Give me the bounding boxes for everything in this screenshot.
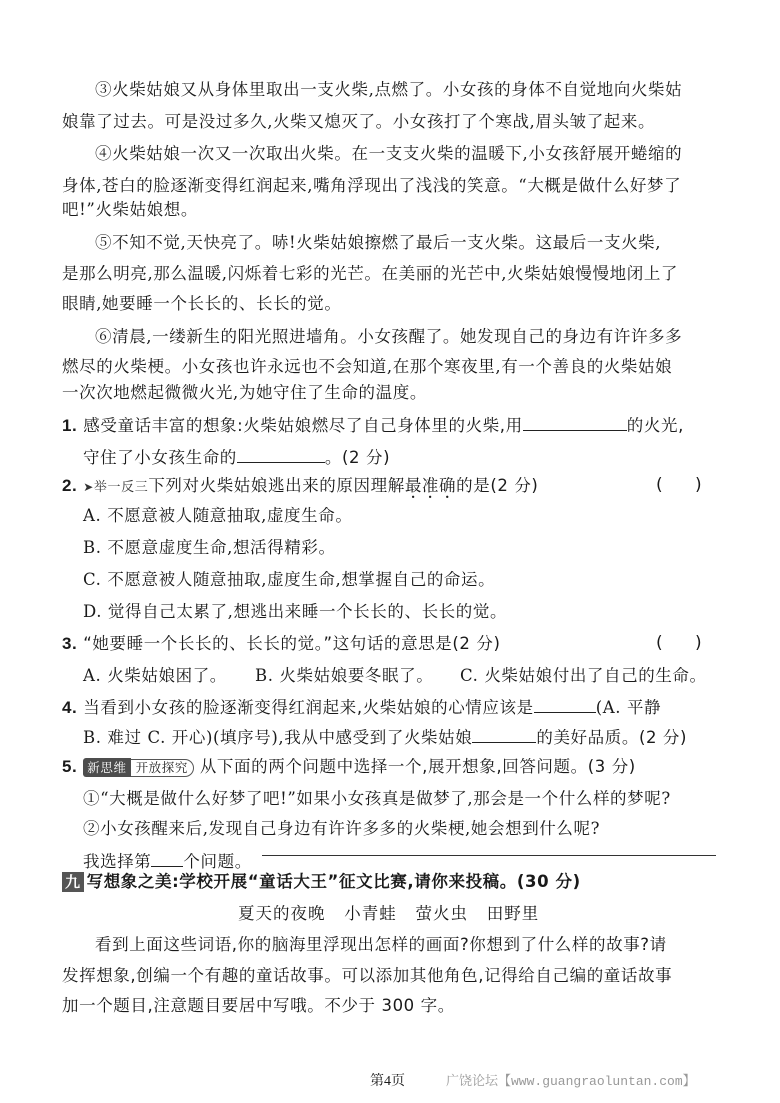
passage-p6-line1: ⑥清晨,一缕新生的阳光照进墙角。小女孩醒了。她发现自己的身边有许许多多	[95, 327, 682, 347]
question-1-text-tail: 的火光,	[627, 416, 684, 435]
question-3-option-a: A. 火柴姑娘困了。	[83, 666, 227, 686]
question-number: 3.	[62, 634, 77, 653]
passage-p5-line3: 眼睛,她要睡一个长长的、长长的觉。	[62, 294, 341, 314]
question-4-line1: 4. 当看到小女孩的脸逐渐变得红润起来,火柴姑娘的心情应该是(A. 平静	[62, 696, 661, 718]
passage-p3-line2: 娘靠了过去。可是没过多久,火柴又熄灭了。小女孩打了个寒战,眉头皱了起来。	[62, 112, 655, 132]
answer-suffix: 个问题。	[183, 852, 251, 871]
answer-blank-1b[interactable]	[237, 446, 325, 463]
question-number: 1.	[62, 416, 77, 435]
question-4-text: 当看到小女孩的脸逐渐变得红润起来,火柴姑娘的心情应该是	[83, 698, 533, 717]
passage-p6-line2: 燃尽的火柴梗。小女孩也许永远也不会知道,在那个寒夜里,有一个善良的火柴姑娘	[62, 357, 672, 377]
badge-new-thinking: 新思维	[83, 758, 130, 777]
answer-blank-1a[interactable]	[523, 414, 627, 431]
question-3-stem: 3. “她要睡一个长长的、长长的觉。”这句话的意思是(2 分)	[62, 634, 501, 654]
passage-p4-line3: 吧!”火柴姑娘想。	[62, 200, 198, 220]
watermark-site: 广饶论坛【www.guangraoluntan.com】	[446, 1070, 696, 1089]
section-9-heading: 九写想象之美:学校开展“童话大王”征文比赛,请你来投稿。(30 分)	[62, 872, 581, 892]
arrow-icon: ➤	[83, 480, 94, 494]
worksheet-page: ③火柴姑娘又从身体里取出一支火柴,点燃了。小女孩的身体不自觉地向火柴姑 娘靠了过…	[0, 0, 780, 1103]
question-5-text: 从下面的两个问题中选择一个,展开想象,回答问题。(3 分)	[200, 757, 636, 776]
badge-open-exploration: 开放探究	[131, 759, 194, 777]
question-number: 4.	[62, 698, 77, 717]
question-3-option-c: C. 火柴姑娘付出了自己的生命。	[460, 666, 707, 686]
answer-paren-q3[interactable]: ( )	[656, 633, 702, 653]
passage-p5-line2: 是那么明亮,那么温暖,闪烁着七彩的光芒。在美丽的光芒中,火柴姑娘慢慢地闭上了	[62, 264, 678, 284]
question-1-line2-text: 守住了小女孩生命的	[83, 448, 237, 467]
emphasis-char: 准	[422, 476, 439, 496]
question-number: 2.	[62, 476, 77, 495]
section-9-keywords: 夏天的夜晚 小青蛙 萤火虫 田野里	[238, 904, 539, 924]
section-9-prompt-line3: 加一个题目,注意题目要居中写哦。不少于 300 字。	[62, 996, 455, 1016]
emphasis-char: 确	[439, 476, 456, 496]
answer-blank-5-choice[interactable]	[151, 850, 183, 867]
question-2-option-b: B. 不愿意虚度生命,想活得精彩。	[83, 538, 336, 558]
question-number: 5.	[62, 757, 77, 776]
tag-label: 举一反三	[94, 480, 148, 495]
answer-prefix: 我选择第	[83, 852, 151, 871]
question-2-option-a: A. 不愿意被人随意抽取,虚度生命。	[83, 506, 352, 526]
passage-p4-line2: 身体,苍白的脸逐渐变得红润起来,嘴角浮现出了浅浅的笑意。“大概是做什么好梦了	[62, 176, 681, 196]
question-4-score: 的美好品质。(2 分)	[536, 728, 687, 747]
question-5-answer: 我选择第个问题。	[83, 850, 252, 872]
answer-blank-4a[interactable]	[534, 696, 596, 713]
question-2-option-c: C. 不愿意被人随意抽取,虚度生命,想掌握自己的命运。	[83, 570, 495, 590]
section-number-marker: 九	[62, 872, 84, 892]
passage-p6-line3: 一次次地燃起微微火光,为她守住了生命的温度。	[62, 383, 427, 403]
question-1-line2: 守住了小女孩生命的。(2 分)	[83, 446, 390, 468]
passage-p5-line1: ⑤不知不觉,天快亮了。哧!火柴姑娘擦燃了最后一支火柴。这最后一支火柴,	[95, 233, 661, 253]
passage-p3-line1: ③火柴姑娘又从身体里取出一支火柴,点燃了。小女孩的身体不自觉地向火柴姑	[95, 80, 682, 100]
question-4-line2-text: B. 难过 C. 开心)(填序号),我从中感受到了火柴姑娘	[83, 728, 472, 747]
question-2-text: 下列对火柴姑娘逃出来的原因理解	[148, 476, 405, 495]
section-9-prompt-line1: 看到上面这些词语,你的脑海里浮现出怎样的画面?你想到了什么样的故事?请	[95, 935, 667, 955]
answer-blank-4b[interactable]	[472, 726, 536, 743]
section-9-title: 写想象之美:学校开展“童话大王”征文比赛,请你来投稿。(30 分)	[87, 872, 581, 891]
question-4-choice-a: (A. 平静	[596, 698, 661, 717]
answer-line-5[interactable]	[262, 855, 716, 856]
question-1-text: 感受童话丰富的想象:火柴姑娘燃尽了自己身体里的火柴,用	[83, 416, 523, 435]
question-3-option-b: B. 火柴姑娘要冬眠了。	[255, 666, 433, 686]
question-5-stem: 5. 新思维开放探究 从下面的两个问题中选择一个,展开想象,回答问题。(3 分)	[62, 757, 636, 777]
question-1-line1: 1. 感受童话丰富的想象:火柴姑娘燃尽了自己身体里的火柴,用的火光,	[62, 414, 684, 436]
question-3-text: “她要睡一个长长的、长长的觉。”这句话的意思是(2 分)	[83, 634, 500, 653]
passage-p4-line1: ④火柴姑娘一次又一次取出火柴。在一支支火柴的温暖下,小女孩舒展开蜷缩的	[95, 144, 682, 164]
question-2-text-tail: 的是(2 分)	[456, 476, 538, 495]
question-4-line2: B. 难过 C. 开心)(填序号),我从中感受到了火柴姑娘的美好品质。(2 分)	[83, 726, 687, 748]
emphasis-char: 最	[405, 476, 422, 496]
question-5-sub2: ②小女孩醒来后,发现自己身边有许许多多的火柴梗,她会想到什么呢?	[83, 819, 600, 839]
section-9-prompt-line2: 发挥想象,创编一个有趣的童话故事。可以添加其他角色,记得给自己编的童话故事	[62, 966, 672, 986]
answer-paren-q2[interactable]: ( )	[656, 475, 702, 495]
question-2-option-d: D. 觉得自己太累了,想逃出来睡一个长长的、长长的觉。	[83, 602, 507, 622]
question-1-score: 。(2 分)	[325, 448, 390, 467]
page-number: 第4页	[370, 1070, 405, 1090]
question-5-sub1: ①“大概是做什么好梦了吧!”如果小女孩真是做梦了,那会是一个什么样的梦呢?	[83, 789, 671, 809]
question-2-stem: 2. ➤举一反三下列对火柴姑娘逃出来的原因理解最准确的是(2 分)	[62, 476, 538, 498]
